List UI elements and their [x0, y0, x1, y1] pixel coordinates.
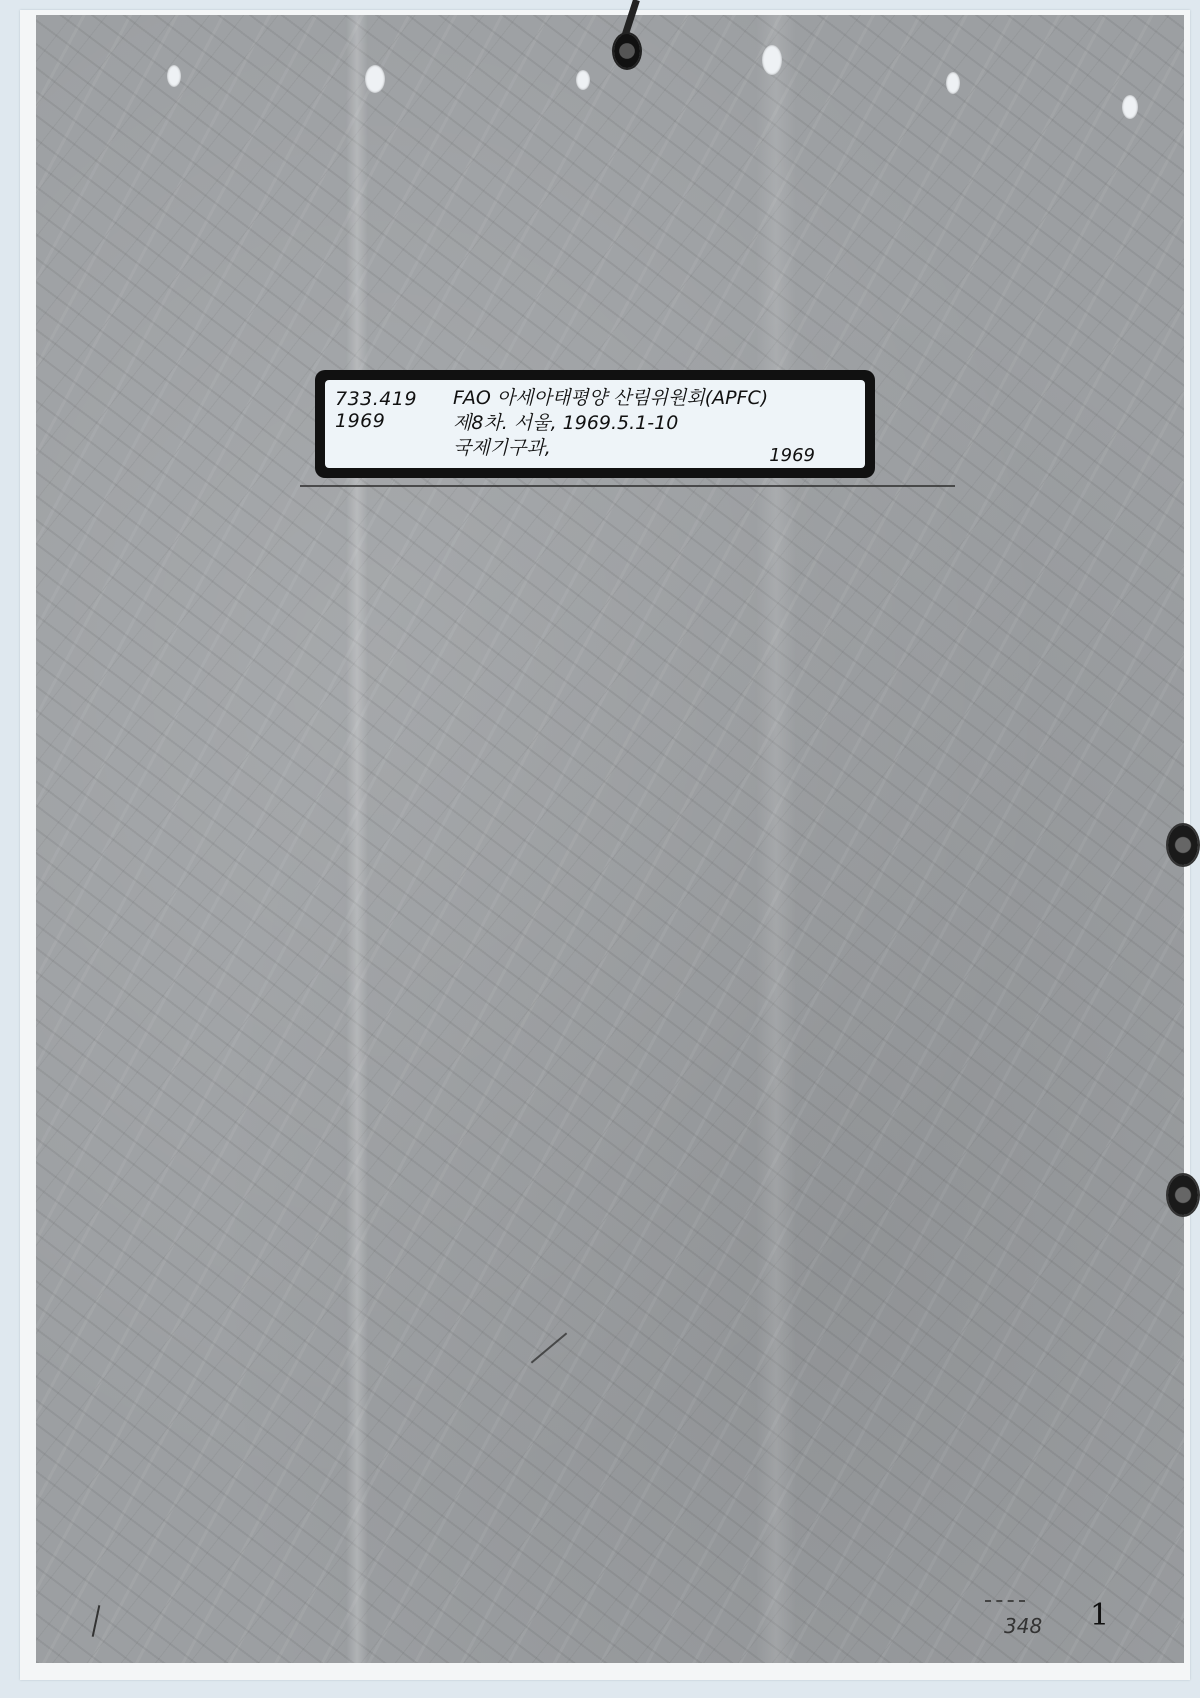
classification-number: 733.419 [335, 388, 417, 410]
file-cover [36, 15, 1184, 1663]
cover-fold-line [346, 15, 368, 1663]
file-title-line-3: 국제기구과, [453, 436, 768, 461]
label-underline [300, 485, 955, 487]
binding-fastener [1168, 1175, 1198, 1215]
cover-fold-line [756, 15, 796, 1663]
punch-hole [365, 65, 385, 93]
archive-number: 348 [1004, 1614, 1042, 1638]
punch-hole [946, 72, 960, 94]
file-title: FAO 아세아태평양 산림위원회(APFC) 제8차. 서울, 1969.5.1… [453, 386, 768, 461]
dash-mark [985, 1600, 1025, 1602]
file-title-line-1: FAO 아세아태평양 산림위원회(APFC) [453, 386, 768, 411]
punch-hole [1122, 95, 1138, 119]
punch-hole [576, 70, 590, 90]
file-label: 733.419 1969 FAO 아세아태평양 산림위원회(APFC) 제8차.… [315, 370, 875, 478]
classification-code: 733.419 1969 [335, 388, 417, 432]
binding-fastener [1168, 825, 1198, 865]
file-title-line-2: 제8차. 서울, 1969.5.1-10 [453, 411, 768, 436]
file-label-paper: 733.419 1969 FAO 아세아태평양 산림위원회(APFC) 제8차.… [325, 380, 865, 468]
page-number: 1 [1090, 1598, 1109, 1633]
binding-grommet [614, 34, 640, 68]
punch-hole [762, 45, 782, 75]
file-year: 1969 [769, 445, 815, 466]
classification-year: 1969 [335, 410, 417, 432]
punch-hole [167, 65, 181, 87]
